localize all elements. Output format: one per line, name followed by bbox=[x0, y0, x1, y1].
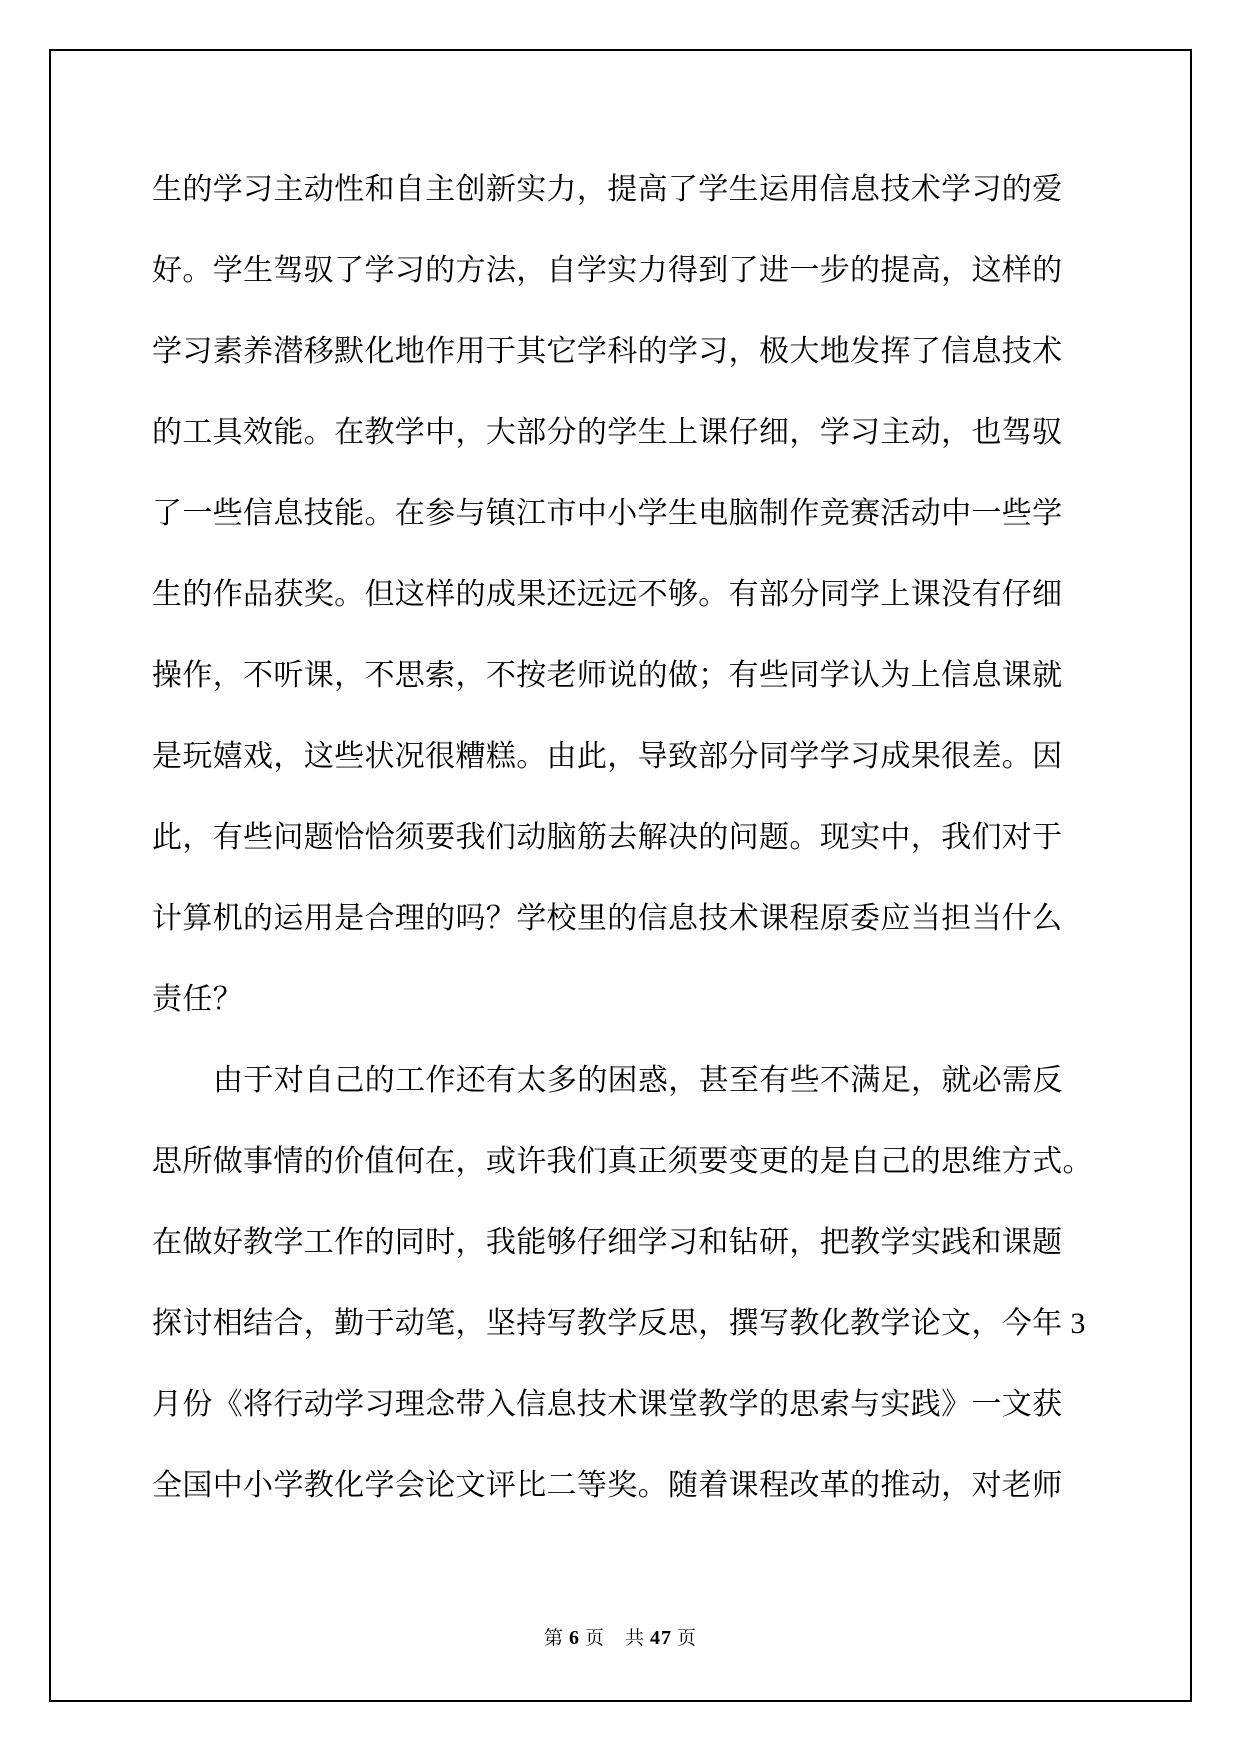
text-line: 了一些信息技能。在参与镇江市中小学生电脑制作竞赛活动中一些学 bbox=[152, 473, 1093, 554]
document-body: 生的学习主动性和自主创新实力，提高了学生运用信息技术学习的爱好。学生驾驭了学习的… bbox=[152, 149, 1093, 1526]
text-line: 思所做事情的价值何在，或许我们真正须要变更的是自己的思维方式。 bbox=[152, 1121, 1093, 1202]
text-line: 在做好教学工作的同时，我能够仔细学习和钻研，把教学实践和课题 bbox=[152, 1202, 1093, 1283]
text-line: 是玩嬉戏，这些状况很糟糕。由此，导致部分同学学习成果很差。因 bbox=[152, 716, 1093, 797]
text-line: 生的学习主动性和自主创新实力，提高了学生运用信息技术学习的爱 bbox=[152, 149, 1093, 230]
text-line: 探讨相结合，勤于动笔，坚持写教学反思，撰写教化教学论文，今年 3 bbox=[152, 1283, 1093, 1364]
text-line: 生的作品获奖。但这样的成果还远远不够。有部分同学上课没有仔细 bbox=[152, 554, 1093, 635]
text-line: 月份《将行动学习理念带入信息技术课堂教学的思索与实践》一文获 bbox=[152, 1364, 1093, 1445]
text-line: 此，有些问题恰恰须要我们动脑筋去解决的问题。现实中，我们对于 bbox=[152, 797, 1093, 878]
footer-total-unit: 页 bbox=[677, 1628, 697, 1649]
document-page: 生的学习主动性和自主创新实力，提高了学生运用信息技术学习的爱好。学生驾驭了学习的… bbox=[0, 0, 1241, 1754]
text-line: 学习素养潜移默化地作用于其它学科的学习，极大地发挥了信息技术 bbox=[152, 311, 1093, 392]
footer-current-page-number: 6 bbox=[569, 1627, 580, 1649]
text-line: 计算机的运用是合理的吗？学校里的信息技术课程原委应当担当什么 bbox=[152, 878, 1093, 959]
page-footer: 第6页共47页 bbox=[0, 1624, 1241, 1653]
text-line: 好。学生驾驭了学习的方法，自学实力得到了进一步的提高，这样的 bbox=[152, 230, 1093, 311]
text-line: 操作，不听课，不思索，不按老师说的做；有些同学认为上信息课就 bbox=[152, 635, 1093, 716]
footer-page-prefix: 第 bbox=[544, 1628, 564, 1649]
text-line: 责任？ bbox=[152, 959, 1093, 1040]
footer-total-prefix: 共 bbox=[625, 1628, 645, 1649]
footer-page-unit: 页 bbox=[585, 1628, 605, 1649]
text-line: 由于对自己的工作还有太多的困惑，甚至有些不满足，就必需反 bbox=[152, 1040, 1093, 1121]
text-line: 的工具效能。在教学中，大部分的学生上课仔细，学习主动，也驾驭 bbox=[152, 392, 1093, 473]
footer-total-page-number: 47 bbox=[650, 1627, 672, 1649]
text-line: 全国中小学教化学会论文评比二等奖。随着课程改革的推动，对老师 bbox=[152, 1445, 1093, 1526]
